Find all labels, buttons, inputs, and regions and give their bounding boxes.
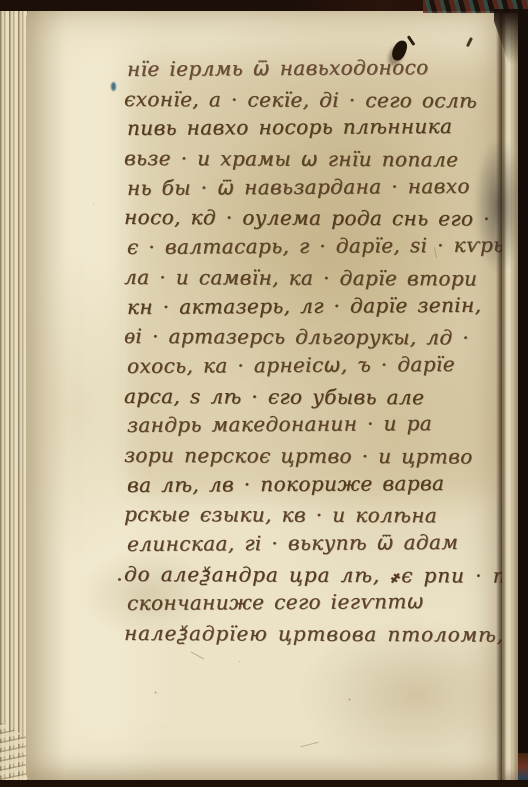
manuscript-text: нїе іерлмь ѿ навьходоносо єхонїе, а · се… bbox=[127, 57, 481, 651]
manuscript-line: налеѯадрїею цртвова птоломѣ, bbox=[124, 621, 478, 652]
book-cover-edge bbox=[518, 0, 528, 787]
manuscript-line: рскые єзыки, кв · и колѣна bbox=[124, 502, 478, 533]
manuscript-line: зандрь македонанин · и ра bbox=[127, 411, 481, 443]
manuscript-line: носо, кд · оулема рода снь его · bbox=[124, 205, 478, 236]
manuscript-photo: нїе іерлмь ѿ навьходоносо єхонїе, а · се… bbox=[0, 0, 528, 787]
manuscript-line: є · валтасарь, г · дарїе, ѕі · кѵрь, bbox=[127, 233, 481, 265]
manuscript-line: ѳі · артазерсь дльгорукы, лд · bbox=[124, 324, 478, 355]
manuscript-line: охось, ка · арнеісѡ, ъ · дарїе bbox=[127, 352, 481, 384]
soot-smudge bbox=[474, 138, 524, 273]
manuscript-line: елинскаа, гі · вькупѣ ѿ адам bbox=[127, 530, 481, 562]
manuscript-line: вьзе · и храмы ѡ гнїи попале bbox=[124, 146, 478, 177]
binding-bottom-band bbox=[0, 780, 528, 787]
manuscript-line: пивь навхо носорь плѣнника bbox=[127, 114, 481, 146]
blue-ink-mark bbox=[111, 82, 116, 91]
paper-specks bbox=[118, 578, 121, 581]
manuscript-line: ла · и самвїн, ка · дарїе втори bbox=[124, 265, 478, 296]
manuscript-line: нїе іерлмь ѿ навьходоносо bbox=[127, 55, 481, 87]
manuscript-line: нь бы · ѿ навьзардана · навхо bbox=[127, 174, 481, 206]
manuscript-line: зори перскоє цртво · и цртво bbox=[124, 443, 478, 474]
manuscript-line: ва лѣ, лв · покориже варва bbox=[127, 470, 481, 502]
manuscript-line: скончаниже сего іегѵптѡ bbox=[127, 589, 481, 621]
facing-page-fore-edge bbox=[502, 12, 518, 782]
manuscript-line: кн · актазерь, лг · дарїе зепін, bbox=[127, 292, 481, 324]
manuscript-line: арса, ѕ лѣ · єго убывь але bbox=[124, 384, 478, 415]
